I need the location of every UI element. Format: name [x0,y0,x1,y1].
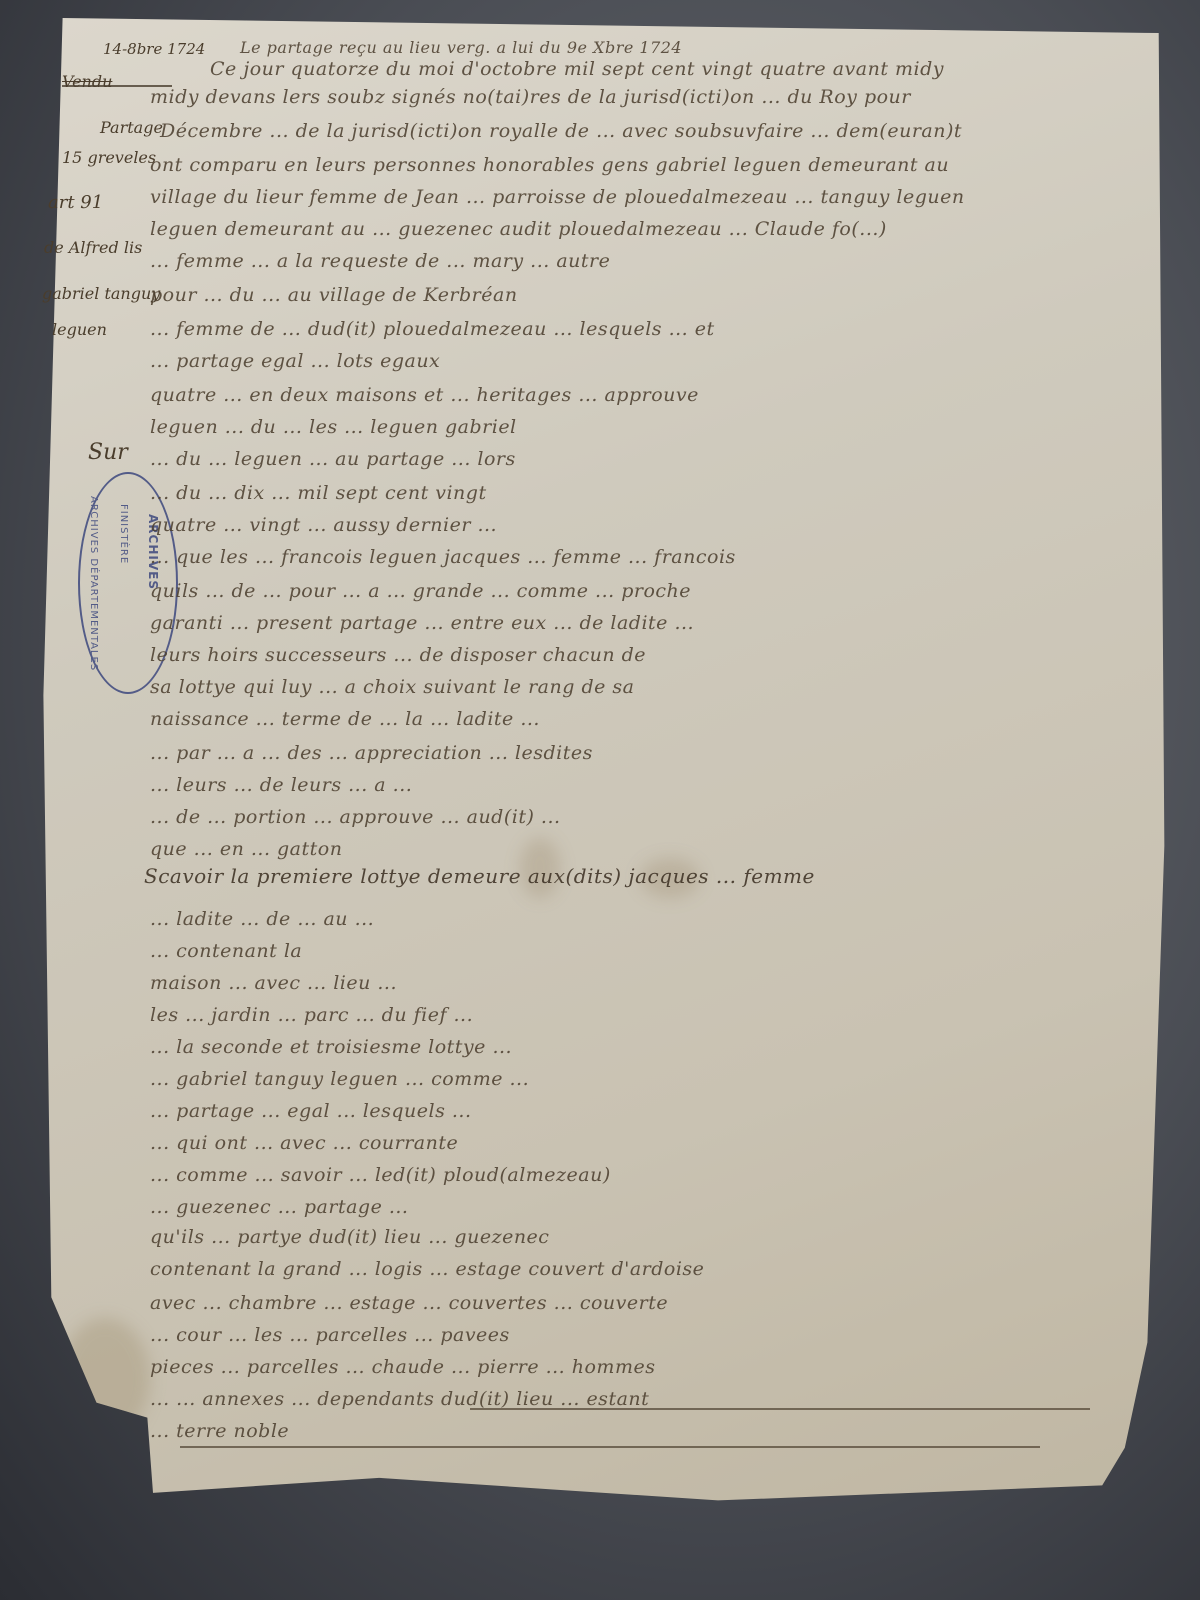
margin-note: de Alfred lis [44,238,142,257]
text-line: ... ladite ... de ... au ... [150,908,374,930]
text-line: ... gabriel tanguy leguen ... comme ... [150,1068,529,1090]
text-line: Décembre ... de la jurisd(icti)on royall… [160,120,962,142]
text-line: midy devans lers soubz signés no(tai)res… [150,86,911,108]
text-line: ... guezenec ... partage ... [150,1196,408,1218]
text-line: leurs hoirs successeurs ... de disposer … [150,644,646,666]
text-line: ... femme de ... dud(it) plouedalmezeau … [150,318,715,340]
stamp-text: FINISTÈRE [118,504,129,564]
text-line: Ce jour quatorze du moi d'octobre mil se… [210,58,944,80]
margin-word: Sur [88,440,128,465]
stamp-text: ARCHIVES DÉPARTEMENTALES [88,496,99,671]
text-line: qu'ils ... partye dud(it) lieu ... gueze… [150,1226,549,1248]
text-line: leguen demeurant au ... guezenec audit p… [150,218,887,240]
section-heading-scavoir: Scavoir la premiere lottye demeure aux(d… [144,864,815,888]
text-line: sa lottye qui luy ... a choix suivant le… [150,676,634,698]
margin-note: leguen [52,320,107,339]
text-line: ... qui ont ... avec ... courrante [150,1132,458,1154]
text-line: les ... jardin ... parc ... du fief ... [150,1004,473,1026]
text-line: pieces ... parcelles ... chaude ... pier… [150,1356,655,1378]
text-line: ... du ... leguen ... au partage ... lor… [150,448,516,470]
margin-date: 14-8bre 1724 [103,40,205,58]
text-line: ... contenant la [150,940,302,962]
text-line: pour ... du ... au village de Kerbréan [150,284,518,306]
text-line: ... par ... a ... des ... appreciation .… [150,742,593,764]
text-line: ... cour ... les ... parcelles ... pavee… [150,1324,510,1346]
margin-note: Partage [100,118,163,137]
text-line: village du lieur femme de Jean ... parro… [150,186,965,208]
text-line: ... partage ... egal ... lesquels ... [150,1100,472,1122]
text-line: ... de ... portion ... approuve ... aud(… [150,806,561,828]
text-line: ... terre noble [150,1420,289,1442]
text-line: que ... en ... gatton [150,838,342,860]
text-line: ... la seconde et troisiesme lottye ... [150,1036,512,1058]
text-line: garanti ... present partage ... entre eu… [150,612,694,634]
text-line: contenant la grand ... logis ... estage … [150,1258,704,1280]
closing-flourish-line [470,1408,1090,1410]
margin-struck-word: Vendu [62,72,112,91]
text-line: naissance ... terme de ... la ... ladite… [150,708,540,730]
text-line: ... comme ... savoir ... led(it) ploud(a… [150,1164,611,1186]
text-line: maison ... avec ... lieu ... [150,972,397,994]
text-line: quatre ... en deux maisons et ... herita… [150,384,699,406]
text-line: ... que les ... francois leguen jacques … [150,546,736,568]
text-line: ... partage egal ... lots egaux [150,350,440,372]
text-line: ont comparu en leurs personnes honorable… [150,154,949,176]
text-line: quatre ... vingt ... aussy dernier ... [150,514,497,536]
text-line: ... femme ... a la requeste de ... mary … [150,250,610,272]
margin-note: gabriel tanguy [42,284,160,303]
text-line: leguen ... du ... les ... leguen gabriel [150,416,517,438]
text-line: ... ... annexes ... dependants dud(it) l… [150,1388,649,1410]
text-line: ... leurs ... de leurs ... a ... [150,774,412,796]
margin-note: 15 greveles [62,148,156,167]
text-line: Le partage reçu au lieu verg. a lui du 9… [240,38,682,57]
closing-flourish-line [180,1446,1040,1448]
text-line: quils ... de ... pour ... a ... grande .… [150,580,691,602]
margin-note: art 91 [48,192,103,213]
text-line: avec ... chambre ... estage ... couverte… [150,1292,668,1314]
text-line: ... du ... dix ... mil sept cent vingt [150,482,487,504]
